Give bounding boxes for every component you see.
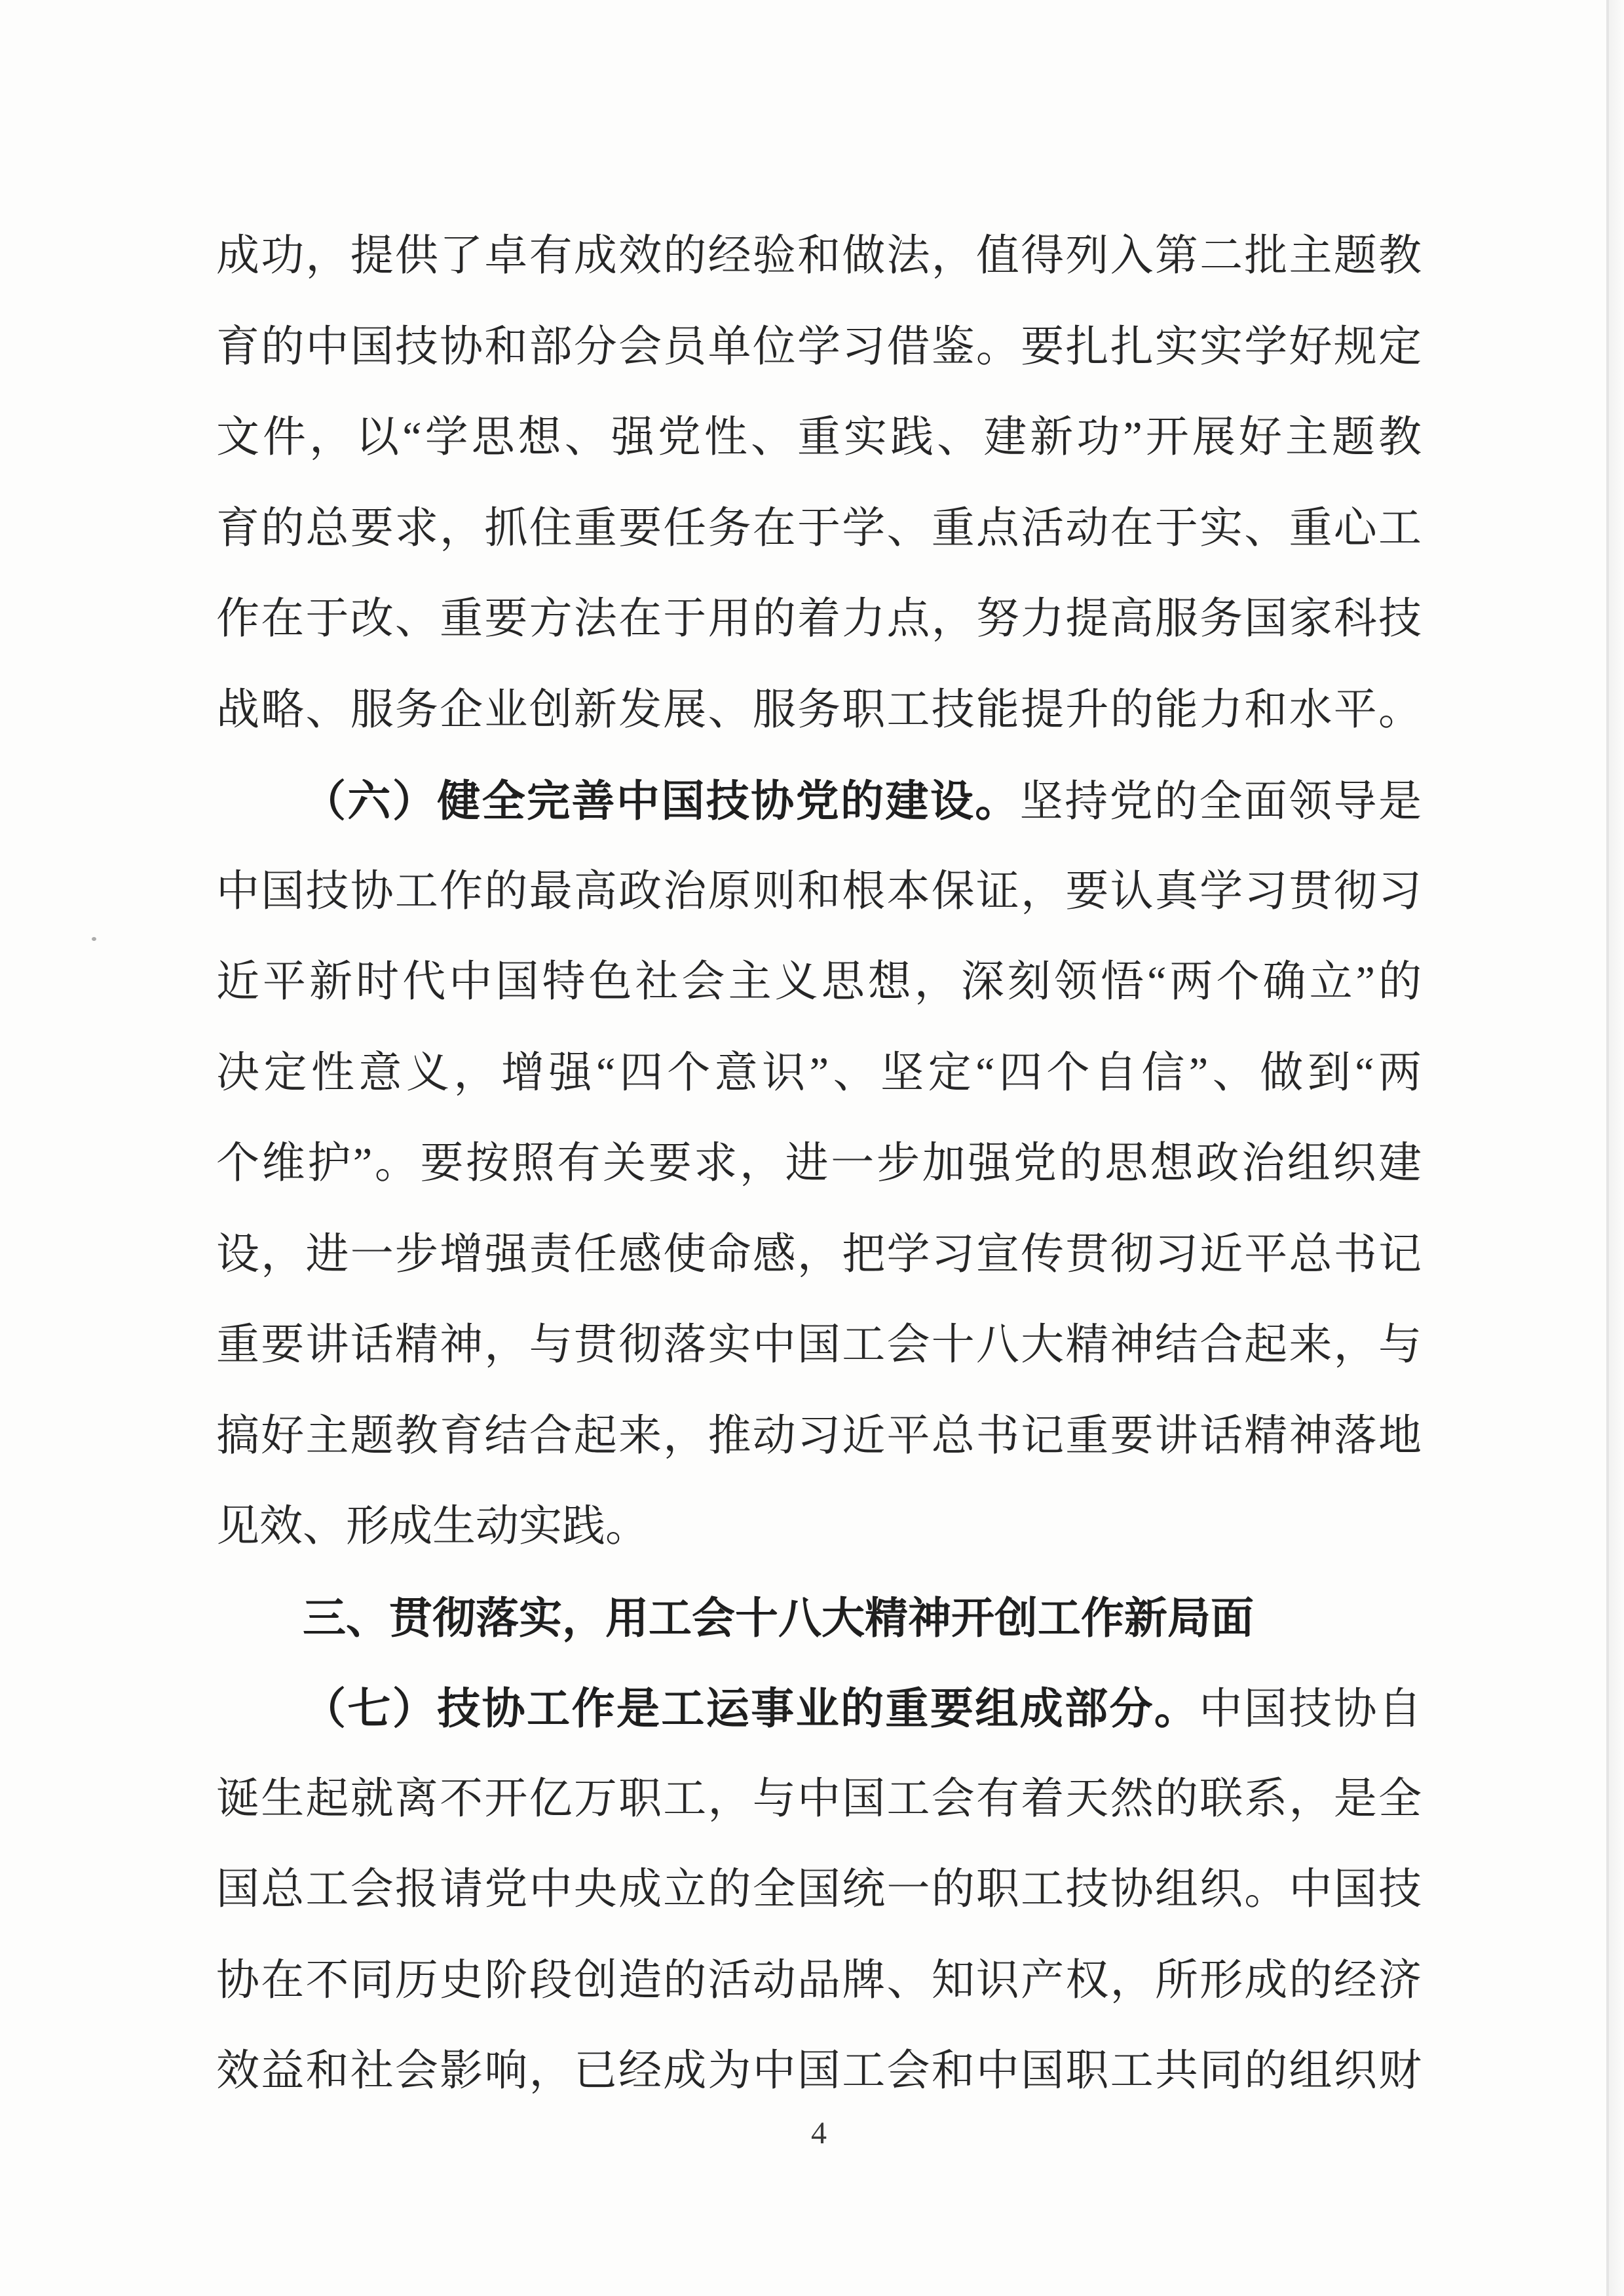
text-run: 搞好主题教育结合起来，推动习近平总书记重要讲话精神落地 [216, 1412, 1422, 1460]
text-run: 战略、服务企业创新发展、服务职工技能提升的能力和水平。 [216, 686, 1422, 734]
text-run: 中国技协工作的最高政治原则和根本保证，要认真学习贯彻习 [216, 868, 1422, 915]
text-line: 诞生起就离不开亿万职工，与中国工会有着天然的联系，是全 [216, 1754, 1422, 1845]
text-run: 诞生起就离不开亿万职工，与中国工会有着天然的联系，是全 [216, 1775, 1422, 1823]
text-line: （七）技协工作是工运事业的重要组成部分。中国技协自 [216, 1663, 1422, 1754]
text-run: 设，进一步增强责任感使命感，把学习宣传贯彻习近平总书记 [216, 1231, 1422, 1278]
text-line: 育的总要求，抓住重要任务在于学、重点活动在于实、重心工 [216, 484, 1422, 575]
text-line: 国总工会报请党中央成立的全国统一的职工技协组织。中国技 [216, 1845, 1422, 1936]
text-run: 育的总要求，抓住重要任务在于学、重点活动在于实、重心工 [216, 505, 1422, 552]
text-line: 中国技协工作的最高政治原则和根本保证，要认真学习贯彻习 [216, 847, 1422, 938]
text-line: 近平新时代中国特色社会主义思想，深刻领悟“两个确立”的 [216, 937, 1422, 1028]
text-line: 文件，以“学思想、强党性、重实践、建新功”开展好主题教 [216, 392, 1422, 484]
text-run: 个维护”。要按照有关要求，进一步加强党的思想政治组织建 [216, 1139, 1422, 1187]
text-run: 决定性意义，增强“四个意识”、坚定“四个自信”、做到“两 [216, 1049, 1422, 1097]
text-line: 见效、形成生动实践。 [216, 1482, 1422, 1573]
bold-text-run: （六）健全完善中国技协党的建设。 [303, 776, 1020, 825]
text-run: 作在于改、重要方法在于用的着力点，努力提高服务国家科技 [216, 595, 1422, 643]
page-number: 4 [216, 2114, 1422, 2153]
text-line: 效益和社会影响，已经成为中国工会和中国职工共同的组织财 [216, 2026, 1422, 2117]
text-line: 协在不同历史阶段创造的活动品牌、知识产权，所形成的经济 [216, 1936, 1422, 2027]
text-line: 决定性意义，增强“四个意识”、坚定“四个自信”、做到“两 [216, 1028, 1422, 1119]
text-line: 育的中国技协和部分会员单位学习借鉴。要扎扎实实学好规定 [216, 302, 1422, 393]
scan-edge-artifact [1606, 0, 1609, 2296]
text-run: 见效、形成生动实践。 [216, 1502, 649, 1550]
text-run: 国总工会报请党中央成立的全国统一的职工技协组织。中国技 [216, 1865, 1422, 1913]
text-line: 战略、服务企业创新发展、服务职工技能提升的能力和水平。 [216, 665, 1422, 756]
document-body: 成功，提供了卓有成效的经验和做法，值得列入第二批主题教育的中国技协和部分会员单位… [216, 211, 1422, 2117]
text-line: 搞好主题教育结合起来，推动习近平总书记重要讲话精神落地 [216, 1391, 1422, 1482]
text-run: 重要讲话精神，与贯彻落实中国工会十八大精神结合起来，与 [216, 1321, 1422, 1369]
text-run: 效益和社会影响，已经成为中国工会和中国职工共同的组织财 [216, 2047, 1422, 2095]
text-run: 中国技协自 [1199, 1685, 1422, 1733]
text-line: 作在于改、重要方法在于用的着力点，努力提高服务国家科技 [216, 574, 1422, 665]
text-line: 成功，提供了卓有成效的经验和做法，值得列入第二批主题教 [216, 211, 1422, 302]
scan-edge-shading [1609, 0, 1624, 2296]
text-run: 坚持党的全面领导是 [1020, 778, 1422, 826]
text-run: 文件，以“学思想、强党性、重实践、建新功”开展好主题教 [216, 413, 1422, 461]
text-line: 三、贯彻落实，用工会十八大精神开创工作新局面 [216, 1573, 1422, 1664]
document-page: 成功，提供了卓有成效的经验和做法，值得列入第二批主题教育的中国技协和部分会员单位… [0, 0, 1624, 2296]
text-line: 个维护”。要按照有关要求，进一步加强党的思想政治组织建 [216, 1119, 1422, 1210]
bold-text-run: （七）技协工作是工运事业的重要组成部分。 [303, 1684, 1199, 1732]
bold-text-run: 三、贯彻落实，用工会十八大精神开创工作新局面 [303, 1594, 1254, 1642]
text-run: 育的中国技协和部分会员单位学习借鉴。要扎扎实实学好规定 [216, 323, 1422, 371]
text-run: 成功，提供了卓有成效的经验和做法，值得列入第二批主题教 [216, 232, 1422, 280]
text-run: 协在不同历史阶段创造的活动品牌、知识产权，所形成的经济 [216, 1957, 1422, 2004]
text-line: 设，进一步增强责任感使命感，把学习宣传贯彻习近平总书记 [216, 1210, 1422, 1301]
text-line: （六）健全完善中国技协党的建设。坚持党的全面领导是 [216, 756, 1422, 847]
text-line: 重要讲话精神，与贯彻落实中国工会十八大精神结合起来，与 [216, 1300, 1422, 1391]
scan-speck-artifact [92, 937, 96, 941]
text-run: 近平新时代中国特色社会主义思想，深刻领悟“两个确立”的 [216, 958, 1422, 1006]
